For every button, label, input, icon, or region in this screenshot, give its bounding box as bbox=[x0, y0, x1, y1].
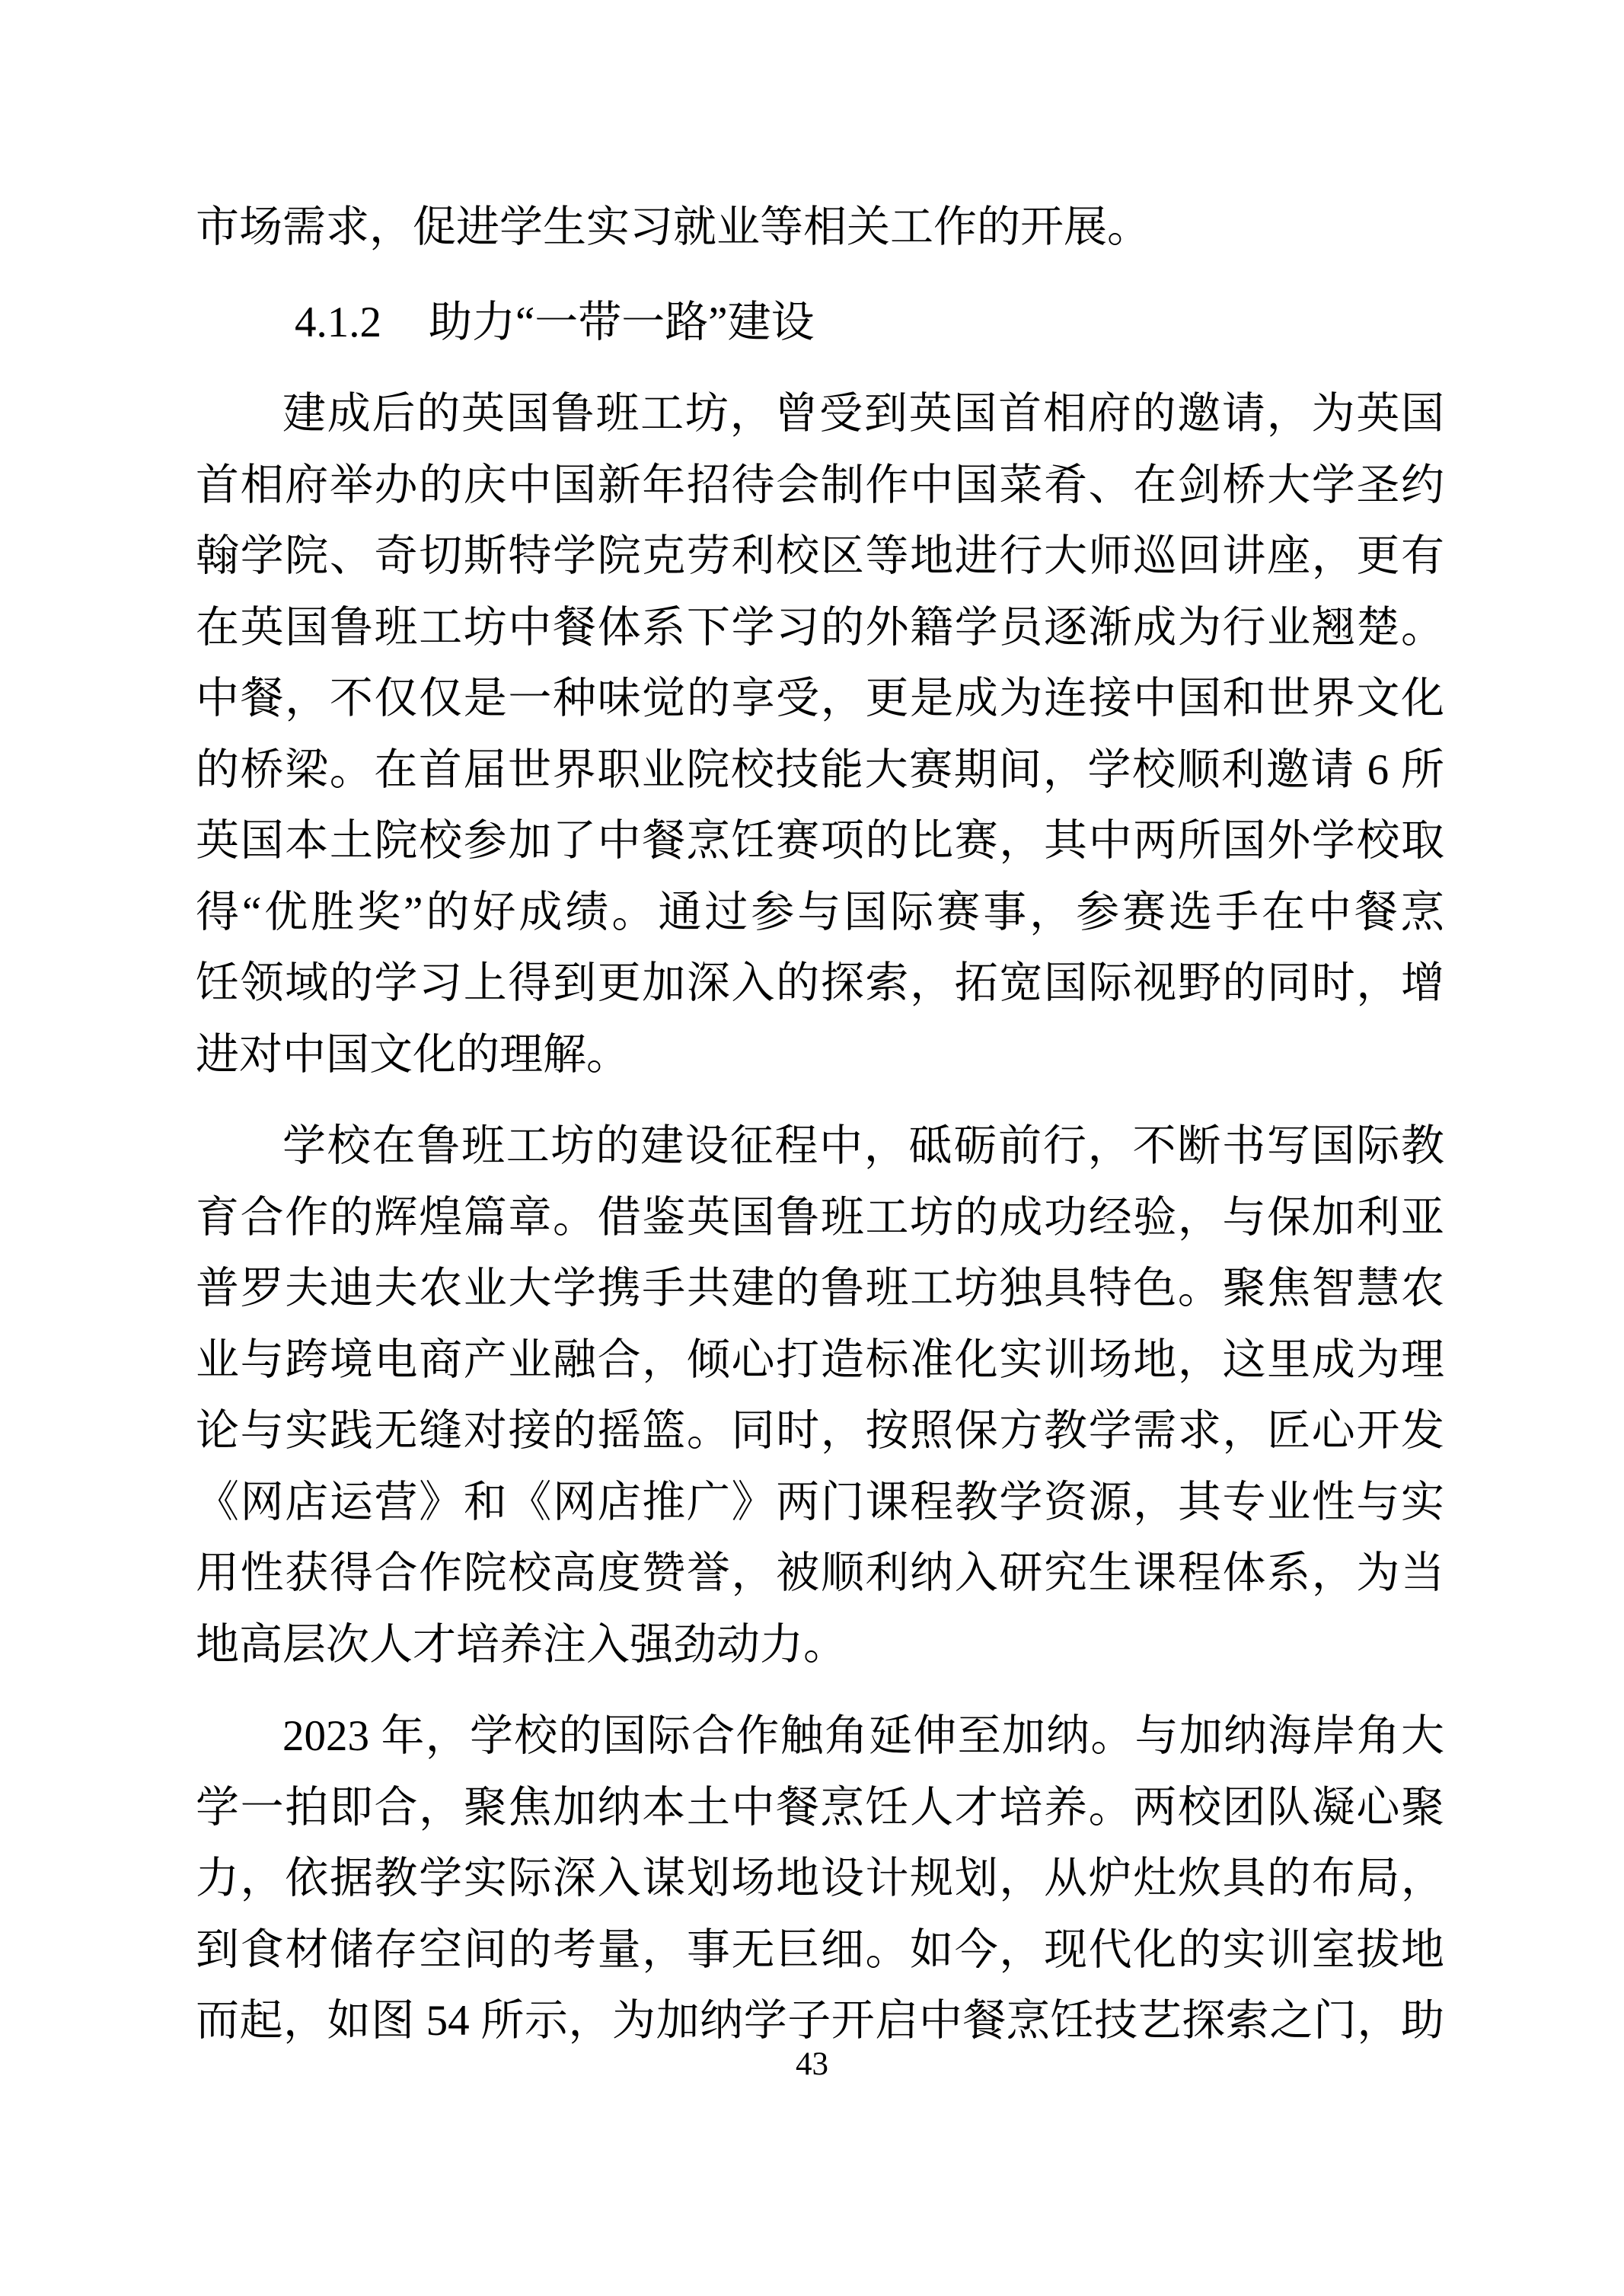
section-heading-title: 助力“一带一路”建设 bbox=[429, 298, 815, 346]
text-line: 进对中国文化的理解。 bbox=[196, 1019, 1444, 1091]
text-line: 业与跨境电商产业融合，倾心打造标准化实训场地，这里成为理 bbox=[196, 1325, 1444, 1396]
text-line: 学一拍即合，聚焦加纳本土中餐烹饪人才培养。两校团队凝心聚 bbox=[196, 1772, 1444, 1844]
text-line: 得“优胜奖”的好成绩。通过参与国际赛事，参赛选手在中餐烹 bbox=[196, 877, 1444, 949]
paragraph: 2023 年，学校的国际合作触角延伸至加纳。与加纳海岸角大学一拍即合，聚焦加纳本… bbox=[196, 1701, 1444, 2057]
text-line: 论与实践无缝对接的摇篮。同时，按照保方教学需求，匠心开发 bbox=[196, 1395, 1444, 1467]
text-line: 地高层次人才培养注入强劲动力。 bbox=[196, 1609, 1444, 1681]
text-line: 的桥梁。在首届世界职业院校技能大赛期间，学校顺利邀请 6 所 bbox=[196, 735, 1444, 806]
text-line: 力，依据教学实际深入谋划场地设计规划，从炉灶炊具的布局， bbox=[196, 1843, 1444, 1915]
page-body: 市场需求，促进学生实习就业等相关工作的开展。 4.1.2助力“一带一路”建设 建… bbox=[0, 0, 1624, 2057]
text-line: 《网店运营》和《网店推广》两门课程教学资源，其专业性与实 bbox=[196, 1467, 1444, 1539]
text-line: 英国本土院校参加了中餐烹饪赛项的比赛，其中两所国外学校取 bbox=[196, 805, 1444, 877]
text-line: 在英国鲁班工坊中餐体系下学习的外籍学员逐渐成为行业翘楚。 bbox=[196, 592, 1444, 664]
text-line: 中餐，不仅仅是一种味觉的享受，更是成为连接中国和世界文化 bbox=[196, 663, 1444, 735]
text-line: 2023 年，学校的国际合作触角延伸至加纳。与加纳海岸角大 bbox=[196, 1701, 1444, 1772]
text-line: 建成后的英国鲁班工坊，曾受到英国首相府的邀请，为英国 bbox=[196, 378, 1444, 450]
text-line: 到食材储存空间的考量，事无巨细。如今，现代化的实训室拔地 bbox=[196, 1915, 1444, 1986]
text-line: 饪领域的学习上得到更加深入的探索，拓宽国际视野的同时，增 bbox=[196, 948, 1444, 1019]
paragraph: 建成后的英国鲁班工坊，曾受到英国首相府的邀请，为英国首相府举办的庆中国新年招待会… bbox=[196, 378, 1444, 1090]
text-line: 育合作的辉煌篇章。借鉴英国鲁班工坊的成功经验，与保加利亚 bbox=[196, 1182, 1444, 1254]
text-line: 普罗夫迪夫农业大学携手共建的鲁班工坊独具特色。聚焦智慧农 bbox=[196, 1253, 1444, 1325]
text-line: 翰学院、奇切斯特学院克劳利校区等地进行大师巡回讲座，更有 bbox=[196, 521, 1444, 592]
text-line: 首相府举办的庆中国新年招待会制作中国菜肴、在剑桥大学圣约 bbox=[196, 450, 1444, 521]
paragraph-continuation-line: 市场需求，促进学生实习就业等相关工作的开展。 bbox=[196, 192, 1444, 263]
document-page: 市场需求，促进学生实习就业等相关工作的开展。 4.1.2助力“一带一路”建设 建… bbox=[0, 0, 1624, 2296]
section-heading-number: 4.1.2 bbox=[295, 298, 381, 346]
paragraph: 学校在鲁班工坊的建设征程中，砥砺前行，不断书写国际教育合作的辉煌篇章。借鉴英国鲁… bbox=[196, 1111, 1444, 1680]
text-line: 学校在鲁班工坊的建设征程中，砥砺前行，不断书写国际教 bbox=[196, 1111, 1444, 1182]
section-heading: 4.1.2助力“一带一路”建设 bbox=[196, 287, 1444, 359]
paragraphs-container: 建成后的英国鲁班工坊，曾受到英国首相府的邀请，为英国首相府举办的庆中国新年招待会… bbox=[196, 378, 1444, 2057]
text-line: 用性获得合作院校高度赞誉，被顺利纳入研究生课程体系，为当 bbox=[196, 1538, 1444, 1609]
page-number: 43 bbox=[0, 2049, 1624, 2080]
